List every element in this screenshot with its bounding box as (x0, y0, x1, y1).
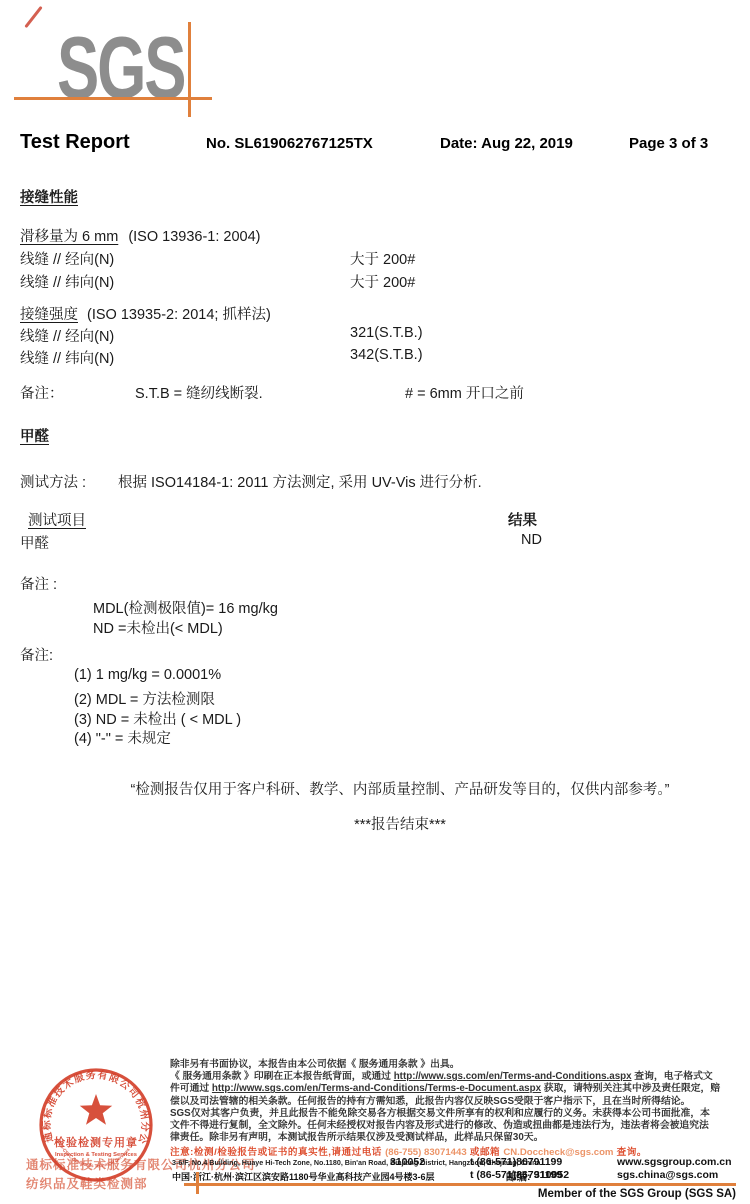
terms-e-document-link[interactable]: http://www.sgs.com/en/Terms-and-Conditio… (212, 1083, 541, 1094)
legal-line: SGS仅对其客户负责，并且此报告不能免除交易各方根据交易文件所享有的权利和应履行… (170, 1108, 742, 1120)
note2-line: (4) "-" = 未规定 (74, 727, 171, 748)
seam-row-value: 342(S.T.B.) (350, 347, 423, 363)
test-method-label: 测试方法 : (20, 471, 86, 492)
seam-row-label: 线缝 // 纬向(N) (20, 347, 114, 368)
address-en-zip: 310052 (390, 1156, 425, 1168)
logo-vertical-line (188, 22, 191, 117)
seam-row-label: 线缝 // 经向(N) (20, 248, 114, 269)
legal-line: 除非另有书面协议，本报告由本公司依据《 服务通用条款 》出具。 (170, 1059, 742, 1071)
stamp-caption-cn: 检验检测专用章 (54, 1135, 138, 1149)
legal-text: 查询，电子格式文 (632, 1071, 713, 1082)
report-date: Date: Aug 22, 2019 (440, 135, 573, 152)
seam-row-value: 321(S.T.B.) (350, 325, 423, 341)
address-cn: 中国·浙江·杭州·滨江区滨安路1180号华业高科技产业园4号楼3-6层 (172, 1170, 435, 1183)
seam-row-value: 大于 200# (350, 248, 415, 269)
formaldehyde-section-title: 甲醛 (20, 425, 49, 446)
seam-row-label: 线缝 // 经向(N) (20, 325, 114, 346)
report-end-marker: ***报告结束*** (50, 813, 750, 834)
seam-row-label: 线缝 // 纬向(N) (20, 271, 114, 292)
seam-remark-stb: S.T.B = 缝纫线断裂. (135, 382, 263, 403)
sgs-member-note: Member of the SGS Group (SGS SA) (0, 1188, 736, 1200)
seam-remark-label: 备注： (20, 382, 64, 403)
legal-line: 偿以及司法管辖的相关条款。任何报告的持有方需知悉，此报告内容仅反映SGS受限于客… (170, 1096, 742, 1108)
report-number: No. SL619062767125TX (206, 135, 373, 152)
result-table-result: ND (521, 532, 542, 548)
inspection-stamp: 通标标准技术服务有限公司杭州分公司 SGS-CSTC Standards Tec… (36, 1063, 156, 1188)
terms-link[interactable]: http://www.sgs.com/en/Terms-and-Conditio… (394, 1071, 632, 1082)
address-en-tel: t (86-571)86791199 (470, 1156, 562, 1168)
address-cn-tel: t (86-571)86791199 (470, 1169, 562, 1181)
legal-text: 获取，请特别关注其中涉及责任限定，赔 (541, 1083, 720, 1094)
notice-text: 注意:检测/检验报告或证书的真实性,请通过电话 (170, 1147, 382, 1158)
note2-label: 备注: (20, 644, 53, 665)
red-corner-stamp-mark (24, 6, 42, 28)
legal-text: 《 服务通用条款 》印刷在正本报告纸背面，或通过 (170, 1071, 394, 1082)
result-table-item: 甲醛 (20, 532, 49, 553)
seam-strength-heading: 接缝强度 (ISO 13935-2: 2014; 抓样法) (20, 303, 271, 324)
seam-section-title: 接缝性能 (20, 186, 78, 207)
note1-line: ND =未检出(< MDL) (93, 617, 223, 638)
legal-line: 律责任。除非另有声明，本测试报告所示结果仅涉及受测试样品，此样品只保留30天。 (170, 1132, 742, 1144)
footer-rule (184, 1183, 736, 1186)
note2-line: (2) MDL = 方法检测限 (74, 688, 215, 709)
seam-slippage-heading: 滑移量为 6 mm (ISO 13936-1: 2004) (20, 225, 261, 246)
website-link[interactable]: www.sgsgroup.com.cn (617, 1156, 732, 1168)
email-link[interactable]: sgs.china@sgs.com (617, 1169, 718, 1181)
test-method-text: 根据 ISO14184-1: 2011 方法测定, 采用 UV-Vis 进行分析… (118, 471, 482, 492)
seam-row-value: 大于 200# (350, 271, 415, 292)
page-indicator: Page 3 of 3 (629, 135, 708, 152)
legal-line: 《 服务通用条款 》印刷在正本报告纸背面，或通过 http://www.sgs.… (170, 1071, 742, 1083)
stamp-caption-en: Inspection & Testing Services (55, 1152, 137, 1158)
logo-horizontal-line (14, 97, 212, 100)
seam-strength-method: (ISO 13935-2: 2014; 抓样法) (87, 307, 271, 323)
seam-strength-label: 接缝强度 (20, 307, 78, 323)
disclaimer-quote: “检测报告仅用于客户科研、教学、内部质量控制、产品研发等目的，仅供内部参考。” (50, 778, 750, 799)
note2-line: (3) ND = 未检出 ( < MDL ) (74, 708, 241, 729)
stamp-star-icon (80, 1094, 112, 1125)
note1-label: 备注 : (20, 573, 57, 594)
report-title: Test Report (20, 131, 130, 154)
result-table-item-header: 测试项目 (28, 509, 86, 530)
legal-line: 件可通过 http://www.sgs.com/en/Terms-and-Con… (170, 1083, 742, 1095)
legal-line: 文件不得进行复制，全文除外。任何未经授权对报告内容及形式进行的修改、伪造或扭曲都… (170, 1120, 742, 1132)
footer-legal-block: 除非另有书面协议，本报告由本公司依据《 服务通用条款 》出具。 《 服务通用条款… (170, 1059, 742, 1158)
note1-line: MDL(检测极限值)= 16 mg/kg (93, 597, 278, 618)
result-table-result-header: 结果 (508, 509, 537, 530)
test-report-page: SGS Test Report No. SL619062767125TX Dat… (0, 0, 750, 1204)
seam-remark-hash: # = 6mm 开口之前 (405, 382, 524, 403)
note2-line: (1) 1 mg/kg = 0.0001% (74, 667, 221, 683)
legal-text: 件可通过 (170, 1083, 212, 1094)
seam-slippage-method: (ISO 13936-1: 2004) (128, 229, 260, 245)
seam-slippage-label: 滑移量为 6 mm (20, 229, 118, 245)
